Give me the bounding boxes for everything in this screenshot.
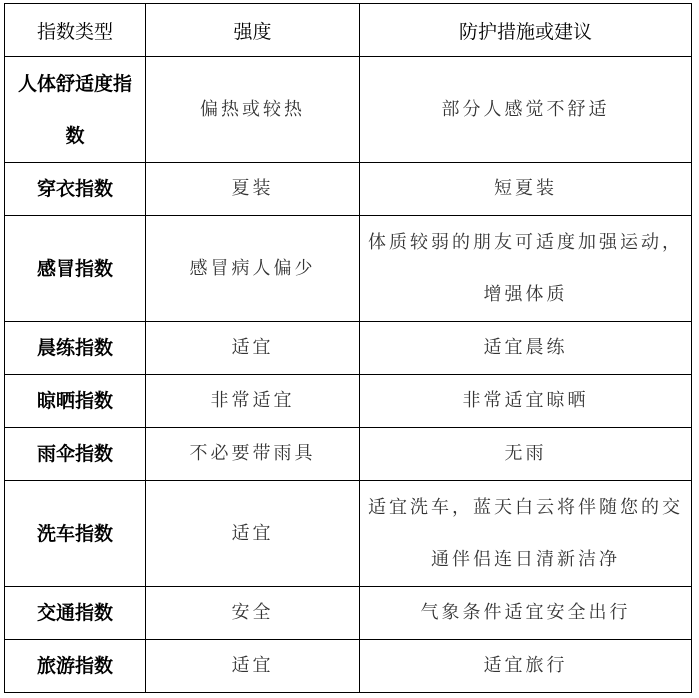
index-type-cell: 交通指数 — [5, 587, 146, 640]
advice-cell: 气象条件适宜安全出行 — [360, 587, 692, 640]
intensity-cell: 夏装 — [146, 163, 360, 216]
intensity-cell: 适宜 — [146, 481, 360, 587]
intensity-cell: 适宜 — [146, 322, 360, 375]
header-advice: 防护措施或建议 — [360, 4, 692, 57]
intensity-cell: 安全 — [146, 587, 360, 640]
table-row: 穿衣指数 夏装 短夏装 — [5, 163, 692, 216]
table-row: 洗车指数 适宜 适宜洗车，蓝天白云将伴随您的交通伴侣连日清新洁净 — [5, 481, 692, 587]
index-type-cell: 洗车指数 — [5, 481, 146, 587]
intensity-cell: 偏热或较热 — [146, 57, 360, 163]
table-row: 晾晒指数 非常适宜 非常适宜晾晒 — [5, 375, 692, 428]
advice-cell: 部分人感觉不舒适 — [360, 57, 692, 163]
intensity-cell: 非常适宜 — [146, 375, 360, 428]
advice-cell: 非常适宜晾晒 — [360, 375, 692, 428]
header-index-type: 指数类型 — [5, 4, 146, 57]
index-type-cell: 感冒指数 — [5, 216, 146, 322]
table-row: 人体舒适度指数 偏热或较热 部分人感觉不舒适 — [5, 57, 692, 163]
advice-cell: 适宜旅行 — [360, 640, 692, 693]
header-intensity: 强度 — [146, 4, 360, 57]
index-type-cell: 晨练指数 — [5, 322, 146, 375]
index-type-cell: 旅游指数 — [5, 640, 146, 693]
advice-cell: 适宜晨练 — [360, 322, 692, 375]
table-header-row: 指数类型 强度 防护措施或建议 — [5, 4, 692, 57]
index-type-cell: 穿衣指数 — [5, 163, 146, 216]
table-row: 感冒指数 感冒病人偏少 体质较弱的朋友可适度加强运动，增强体质 — [5, 216, 692, 322]
index-type-cell: 人体舒适度指数 — [5, 57, 146, 163]
weather-index-table: 指数类型 强度 防护措施或建议 人体舒适度指数 偏热或较热 部分人感觉不舒适 穿… — [4, 3, 692, 693]
intensity-cell: 适宜 — [146, 640, 360, 693]
intensity-cell: 不必要带雨具 — [146, 428, 360, 481]
table-row: 雨伞指数 不必要带雨具 无雨 — [5, 428, 692, 481]
table-row: 交通指数 安全 气象条件适宜安全出行 — [5, 587, 692, 640]
table-row: 旅游指数 适宜 适宜旅行 — [5, 640, 692, 693]
table-row: 晨练指数 适宜 适宜晨练 — [5, 322, 692, 375]
index-type-cell: 晾晒指数 — [5, 375, 146, 428]
intensity-cell: 感冒病人偏少 — [146, 216, 360, 322]
index-type-cell: 雨伞指数 — [5, 428, 146, 481]
advice-cell: 无雨 — [360, 428, 692, 481]
advice-cell: 短夏装 — [360, 163, 692, 216]
advice-cell: 体质较弱的朋友可适度加强运动，增强体质 — [360, 216, 692, 322]
advice-cell: 适宜洗车，蓝天白云将伴随您的交通伴侣连日清新洁净 — [360, 481, 692, 587]
